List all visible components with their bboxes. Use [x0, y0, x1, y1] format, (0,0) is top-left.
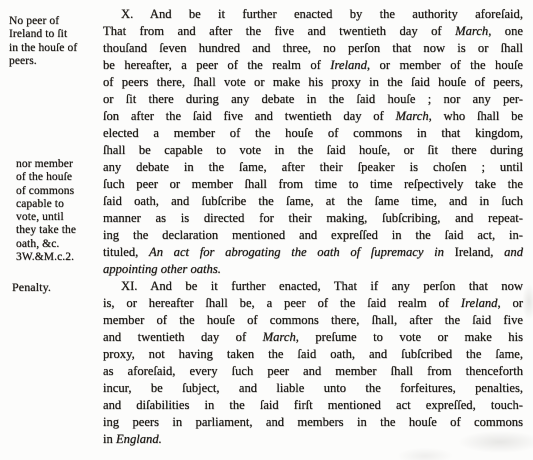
text-run: and diſabilities in the ſaid firſt menti…: [103, 398, 523, 412]
text-line: That from and after the five and twentie…: [103, 23, 523, 40]
text-run: ing peers in parliament, and members in …: [103, 415, 523, 429]
text-line: elected a member of the houſe of commons…: [103, 125, 523, 142]
text-line: and diſabilities in the ſaid firſt menti…: [103, 397, 523, 414]
text-line: XI. And be it further enacted, That if a…: [103, 278, 523, 295]
text-run: That from and after the five and twentie…: [103, 24, 455, 38]
text-run: be hereafter, a peer of the realm of: [103, 58, 330, 72]
italic-text-run: March: [263, 330, 296, 344]
text-line: as aforeſaid, every ſuch peer and member…: [103, 363, 523, 380]
text-line: be hereafter, a peer of the realm of Ire…: [103, 57, 523, 74]
text-line: or ſit there during any debate in the ſa…: [103, 91, 523, 108]
text-line: is, or hereafter ſhall be, a peer of the…: [103, 295, 523, 312]
text-run: and twentieth day of: [103, 330, 263, 344]
text-run: or ſit there during any debate in the ſa…: [103, 92, 523, 106]
italic-text-run: March: [455, 24, 488, 38]
text-run: incur, be ſubject, and liable unto the f…: [103, 381, 523, 395]
text-line: tituled, An act for abrogating the oath …: [103, 244, 523, 261]
text-run: , or: [497, 296, 523, 310]
text-run: , or member of the houſe: [367, 58, 523, 72]
text-run: in: [103, 432, 116, 446]
text-run: , who ſhall be: [429, 109, 523, 123]
text-line: any debate in the ſame, after their ſpea…: [103, 159, 523, 176]
text-run: ſuch peer or member ſhall from time to t…: [103, 177, 523, 191]
text-run: tituled,: [103, 245, 149, 259]
text-line: ſon after the ſaid five and twentieth da…: [103, 108, 523, 125]
text-run: manner as is directed for their making, …: [103, 211, 523, 225]
italic-text-run: , and: [490, 245, 523, 259]
text-line: proxy, not having taken the ſaid oath, a…: [103, 346, 523, 363]
italic-text-run: An act for abrogating the oath of ſuprem…: [149, 245, 455, 259]
text-run: thouſand ſeven hundred and three, no per…: [103, 41, 523, 55]
text-body: X. And be it further enacted by the auth…: [103, 6, 523, 448]
text-run: ſaid oath, and ſubſcribe the ſame, at th…: [103, 194, 523, 208]
text-run: ſon after the ſaid five and twentieth da…: [103, 109, 396, 123]
text-line: ſuch peer or member ſhall from time to t…: [103, 176, 523, 193]
text-run: member of the houſe of commons there, ſh…: [103, 313, 523, 327]
text-line: member of the houſe of commons there, ſh…: [103, 312, 523, 329]
text-run: is, or hereafter ſhall be, a peer of the…: [103, 296, 461, 310]
margin-note-no-peer-of-ireland: No peer of Ireland to ſit in the houſe o…: [9, 15, 105, 68]
italic-text-run: March: [396, 109, 429, 123]
paragraph: XI. And be it further enacted, That if a…: [103, 278, 523, 448]
text-line: and twentieth day of March, preſume to v…: [103, 329, 523, 346]
margin-note-nor-member-of-commons: nor member of the houſe of commons capab…: [16, 158, 112, 264]
text-run: X. And be it further enacted by the auth…: [121, 7, 523, 21]
text-run: ſhall be capable to vote in the ſaid hou…: [103, 143, 523, 157]
text-run: ing the declaration mentioned and expreſ…: [103, 228, 523, 242]
text-line: ſhall be capable to vote in the ſaid hou…: [103, 142, 523, 159]
text-run: as aforeſaid, every ſuch peer and member…: [103, 364, 523, 378]
italic-text-run: Ireland: [330, 58, 367, 72]
paragraph: X. And be it further enacted by the auth…: [103, 6, 523, 278]
text-line: manner as is directed for their making, …: [103, 210, 523, 227]
text-run: , preſume to vote or make his: [296, 330, 523, 344]
text-line: appointing other oaths.: [103, 261, 523, 278]
text-line: incur, be ſubject, and liable unto the f…: [103, 380, 523, 397]
text-run: Ireland: [455, 245, 491, 259]
text-line: of peers there, ſhall vote or make his p…: [103, 74, 523, 91]
text-line: thouſand ſeven hundred and three, no per…: [103, 40, 523, 57]
text-line: X. And be it further enacted by the auth…: [103, 6, 523, 23]
text-run: proxy, not having taken the ſaid oath, a…: [103, 347, 523, 361]
text-run: XI. And be it further enacted, That if a…: [121, 279, 523, 293]
text-run: any debate in the ſame, after their ſpea…: [103, 160, 523, 174]
text-run: elected a member of the houſe of commons…: [103, 126, 523, 140]
text-line: in England.: [103, 431, 523, 448]
italic-text-run: England.: [116, 432, 162, 446]
italic-text-run: appointing other oaths.: [103, 262, 221, 276]
margin-note-penalty: Penalty.: [12, 281, 108, 294]
text-line: ſaid oath, and ſubſcribe the ſame, at th…: [103, 193, 523, 210]
scanned-statute-page: No peer of Ireland to ſit in the houſe o…: [0, 0, 533, 460]
text-line: ing peers in parliament, and members in …: [103, 414, 523, 431]
italic-text-run: Ireland: [461, 296, 498, 310]
text-run: , one: [488, 24, 523, 38]
text-line: ing the declaration mentioned and expreſ…: [103, 227, 523, 244]
text-run: of peers there, ſhall vote or make his p…: [103, 75, 523, 89]
